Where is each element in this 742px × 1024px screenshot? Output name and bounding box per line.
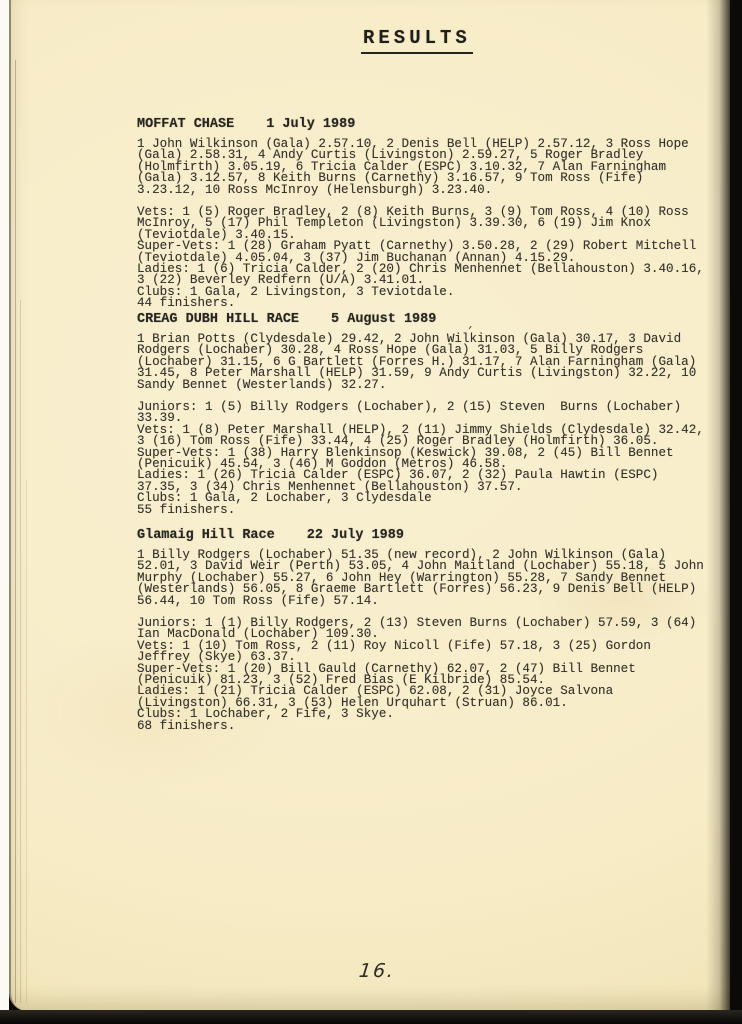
page-edge-crease [26, 480, 27, 1003]
race-categories-glamaig: Juniors: 1 (1) Billy Rodgers, 2 (13) Ste… [137, 618, 727, 732]
race-categories-creag-dubh: Juniors: 1 (5) Billy Rodgers (Lochaber),… [137, 402, 727, 516]
race-name: CREAG DUBH HILL RACE [137, 312, 299, 327]
race-results-glamaig: 1 Billy Rodgers (Lochaber) 51.35 (new re… [137, 550, 727, 607]
page-title: RESULTS [361, 27, 473, 54]
scanned-page: RESULTS MOFFAT CHASE 1 July 1989 1 John … [9, 0, 730, 1011]
race-results-creag-dubh: 1 Brian Potts (Clydesdale) 29.42, 2 John… [137, 334, 727, 391]
scan-left-margin [0, 0, 9, 1012]
race-date: 5 August 1989 [331, 312, 436, 327]
race-categories-moffat-chase: Vets: 1 (5) Roger Bradley, 2 (8) Keith B… [137, 207, 727, 310]
race-header-moffat-chase: MOFFAT CHASE 1 July 1989 [137, 117, 355, 132]
race-name: MOFFAT CHASE [137, 117, 234, 132]
page-edge-crease [15, 60, 16, 1003]
race-header-glamaig: Glamaig Hill Race 22 July 1989 [137, 528, 404, 543]
race-date: 1 July 1989 [266, 117, 355, 132]
handwritten-page-number: 16. [358, 960, 397, 982]
scan-bottom-edge [0, 1010, 742, 1024]
race-results-moffat-chase: 1 John Wilkinson (Gala) 2.57.10, 2 Denis… [137, 139, 727, 196]
race-header-creag-dubh: CREAG DUBH HILL RACE 5 August 1989 [137, 312, 436, 327]
scan-right-shadow [706, 0, 730, 1011]
race-date: 22 July 1989 [307, 528, 404, 543]
page-edge-crease [20, 300, 21, 1003]
race-name: Glamaig Hill Race [137, 528, 275, 543]
